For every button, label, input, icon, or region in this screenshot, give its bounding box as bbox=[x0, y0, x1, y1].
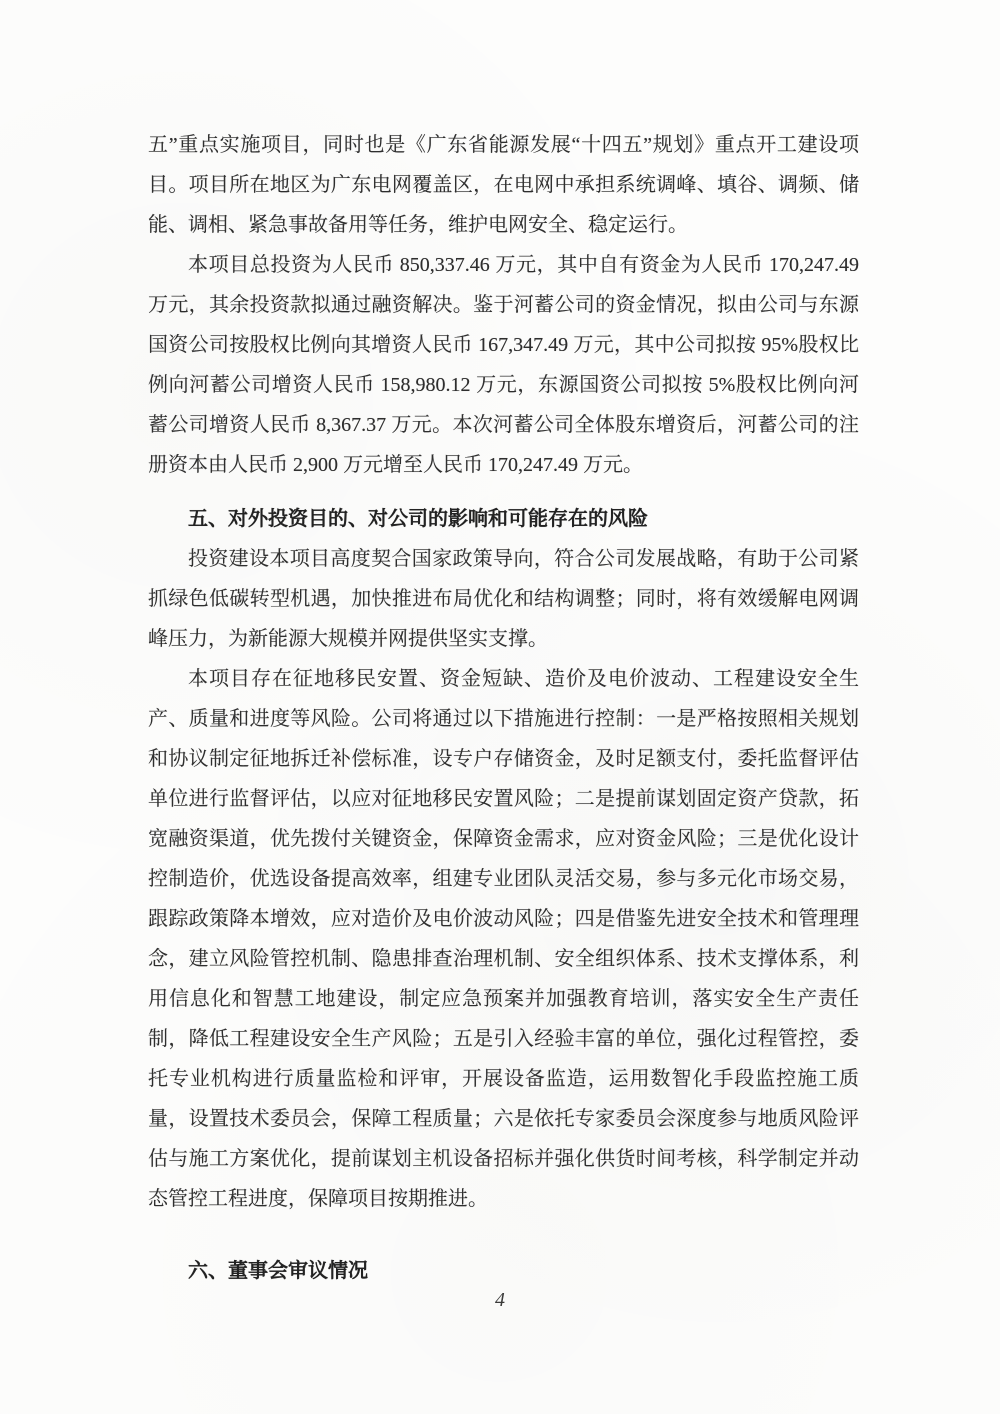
page-number: 4 bbox=[0, 1289, 1000, 1312]
section-heading-6-board-review: 六、董事会审议情况 bbox=[148, 1251, 859, 1291]
document-page: 五”重点实施项目，同时也是《广东省能源发展“十四五”规划》重点开工建设项目。项目… bbox=[0, 0, 1000, 1414]
paragraph-total-investment-financing: 本项目总投资为人民币 850,337.46 万元，其中自有资金为人民币 170,… bbox=[148, 245, 859, 485]
paragraph-investment-purpose: 投资建设本项目高度契合国家政策导向，符合公司发展战略，有助于公司紧抓绿色低碳转型… bbox=[148, 539, 859, 659]
paragraph-risk-control-measures: 本项目存在征地移民安置、资金短缺、造价及电价波动、工程建设安全生产、质量和进度等… bbox=[148, 659, 859, 1219]
text-column: 五”重点实施项目，同时也是《广东省能源发展“十四五”规划》重点开工建设项目。项目… bbox=[148, 125, 859, 1291]
paragraph-project-overview-continuation: 五”重点实施项目，同时也是《广东省能源发展“十四五”规划》重点开工建设项目。项目… bbox=[148, 125, 859, 245]
section-heading-5-investment-purpose-risk: 五、对外投资目的、对公司的影响和可能存在的风险 bbox=[148, 499, 859, 539]
